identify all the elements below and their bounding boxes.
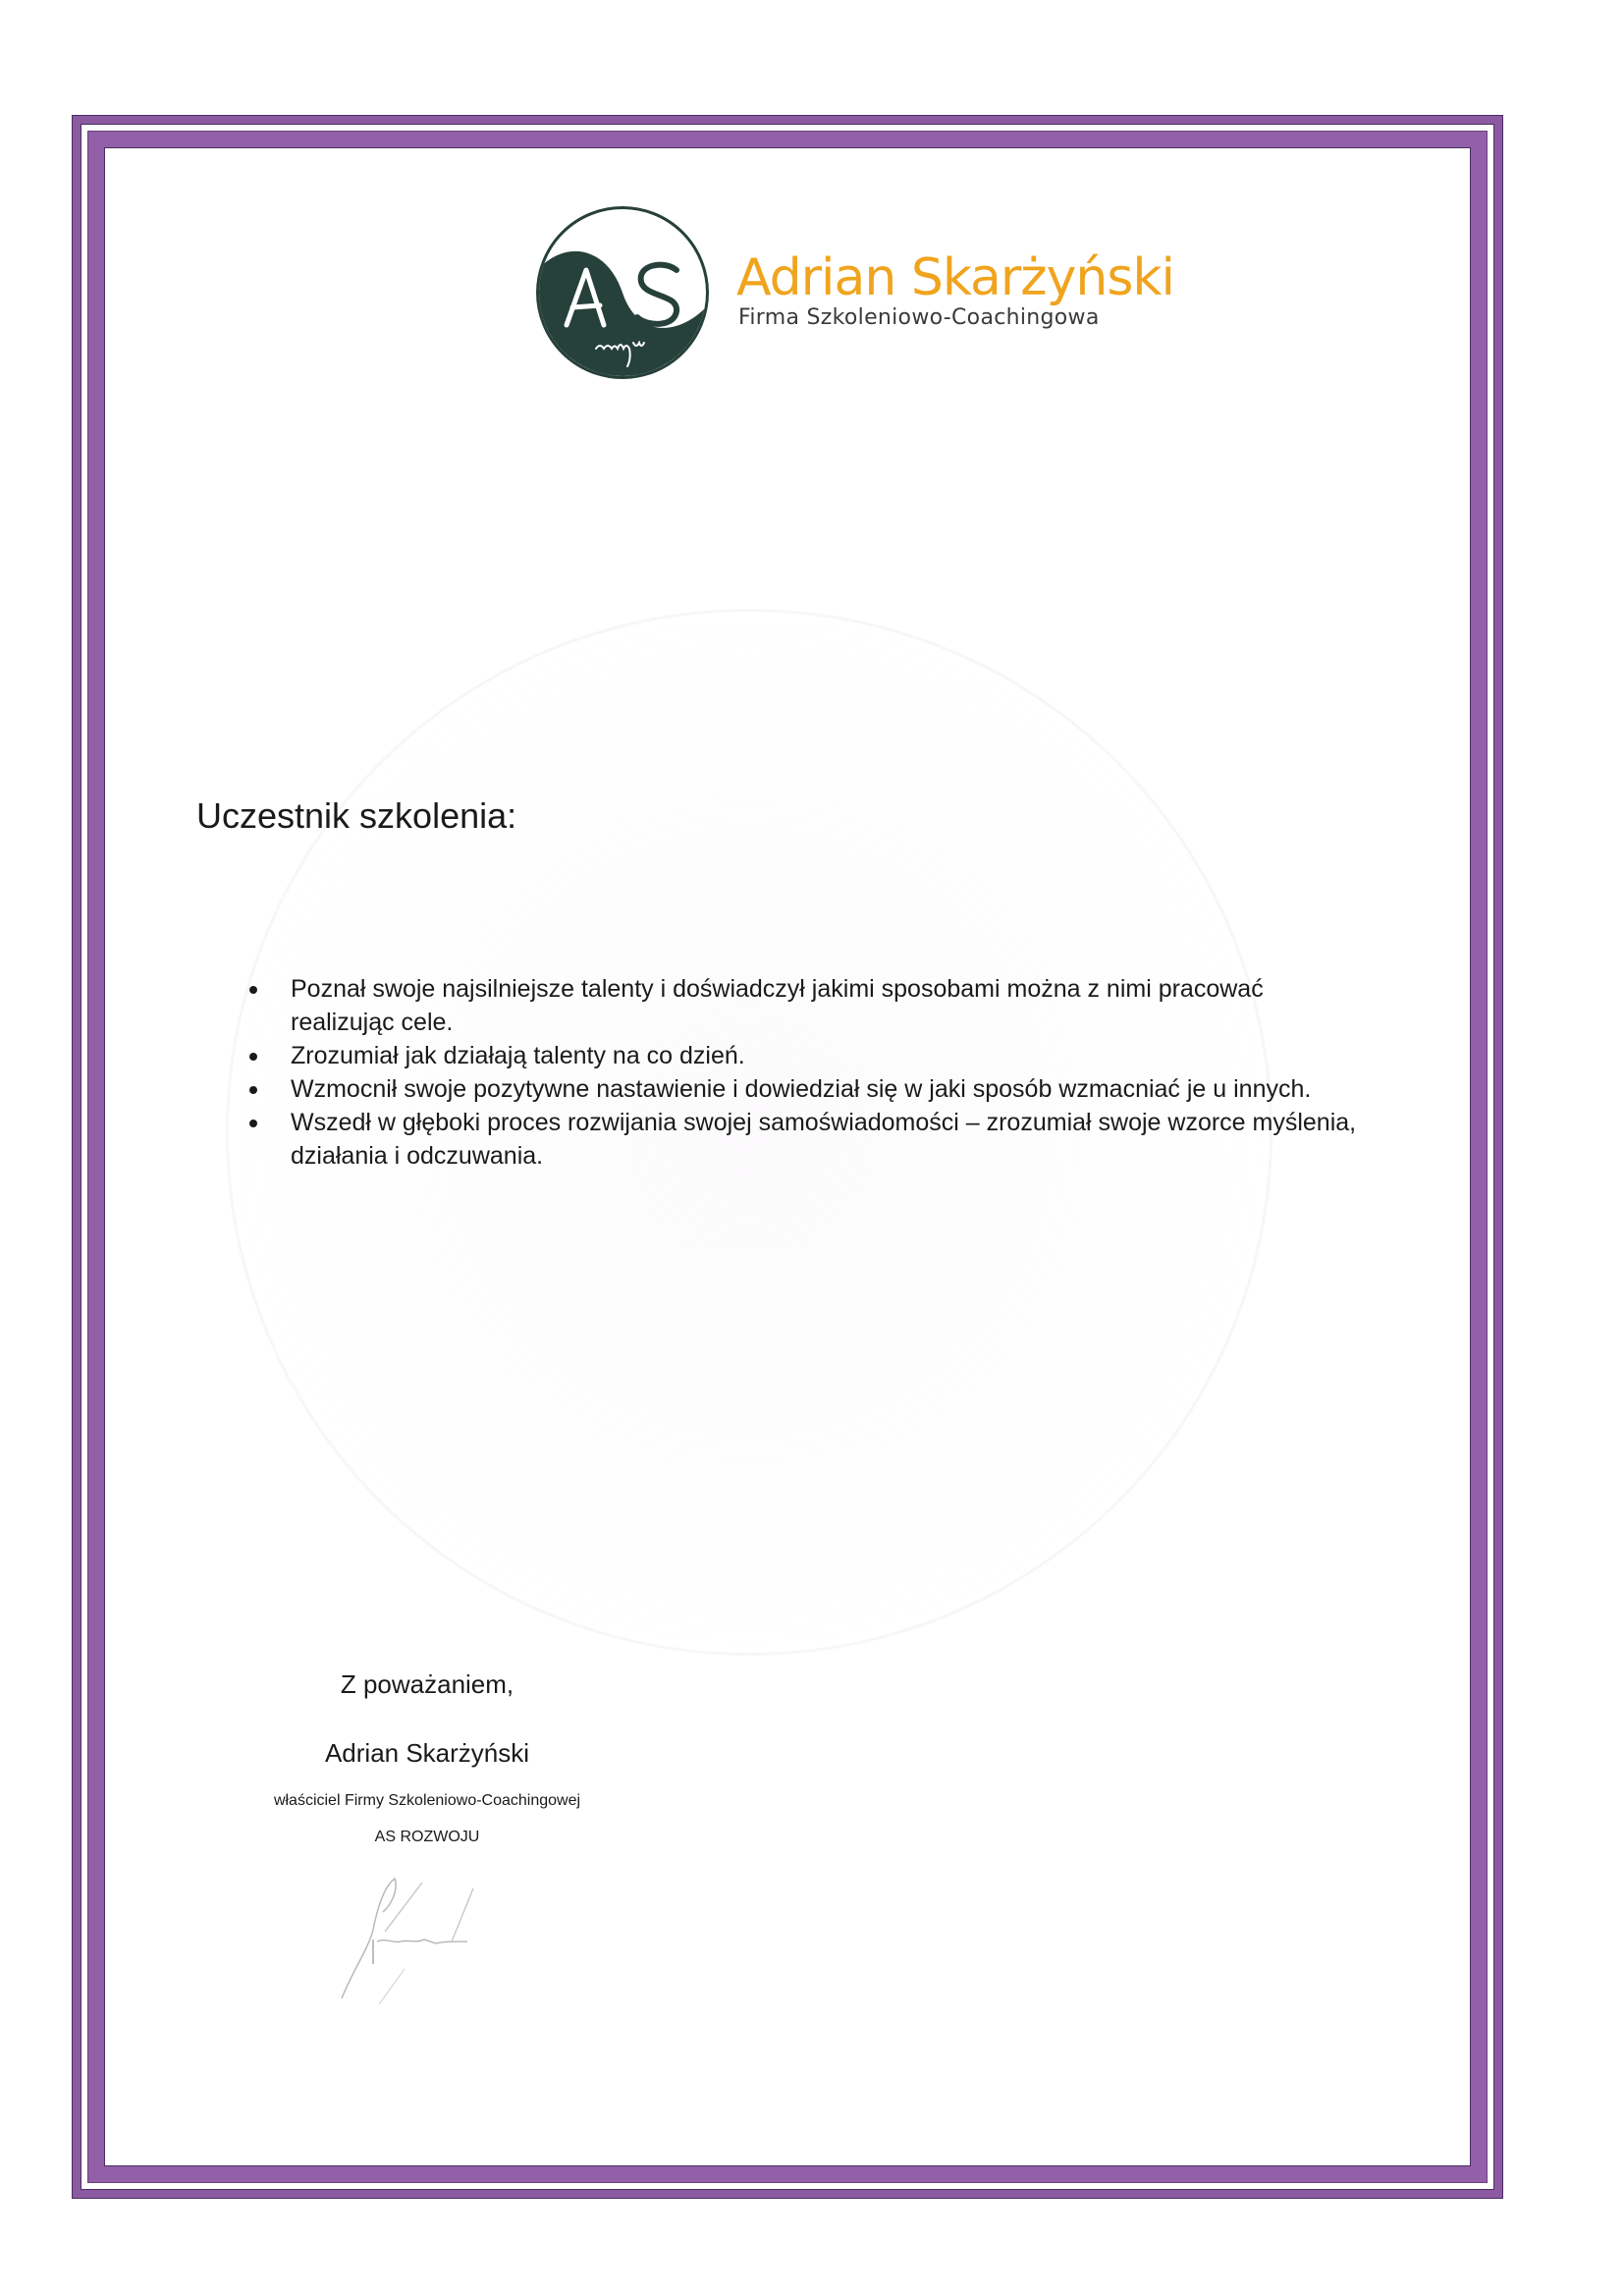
list-item-text: Poznał swoje najsilniejsze talenty i doś… xyxy=(291,975,1264,1036)
signatory-role: właściciel Firmy Szkoleniowo-Coachingowe… xyxy=(0,1792,854,1810)
bullet-icon xyxy=(249,986,257,994)
handwritten-signature-icon xyxy=(314,1871,491,2008)
closing-salutation: Z poważaniem, xyxy=(0,1669,854,1700)
list-item: Poznał swoje najsilniejsze talenty i doś… xyxy=(242,972,1361,1039)
achievements-list: Poznał swoje najsilniejsze talenty i doś… xyxy=(242,972,1361,1173)
list-item: Wzmocnił swoje pozytywne nastawienie i d… xyxy=(242,1072,1361,1106)
list-item: Zrozumiał jak działają talenty na co dzi… xyxy=(242,1039,1361,1072)
section-heading: Uczestnik szkolenia: xyxy=(196,795,516,837)
list-item-text: Wzmocnił swoje pozytywne nastawienie i d… xyxy=(291,1075,1311,1103)
list-item-text: Wszedł w głęboki proces rozwijania swoje… xyxy=(291,1109,1356,1170)
bullet-icon xyxy=(249,1053,257,1061)
brand-subtitle: Firma Szkoleniowo-Coachingowa xyxy=(738,305,1100,330)
signatory-company: AS ROZWOJU xyxy=(0,1829,854,1846)
as-rozwoju-logo-icon xyxy=(536,206,709,379)
list-item-text: Zrozumiał jak działają talenty na co dzi… xyxy=(291,1042,745,1069)
list-item: Wszedł w głęboki proces rozwijania swoje… xyxy=(242,1106,1361,1173)
brand-name: Adrian Skarżyński xyxy=(736,248,1174,307)
signatory-name: Adrian Skarżyński xyxy=(0,1738,854,1769)
bullet-icon xyxy=(249,1120,257,1127)
bullet-icon xyxy=(249,1086,257,1094)
